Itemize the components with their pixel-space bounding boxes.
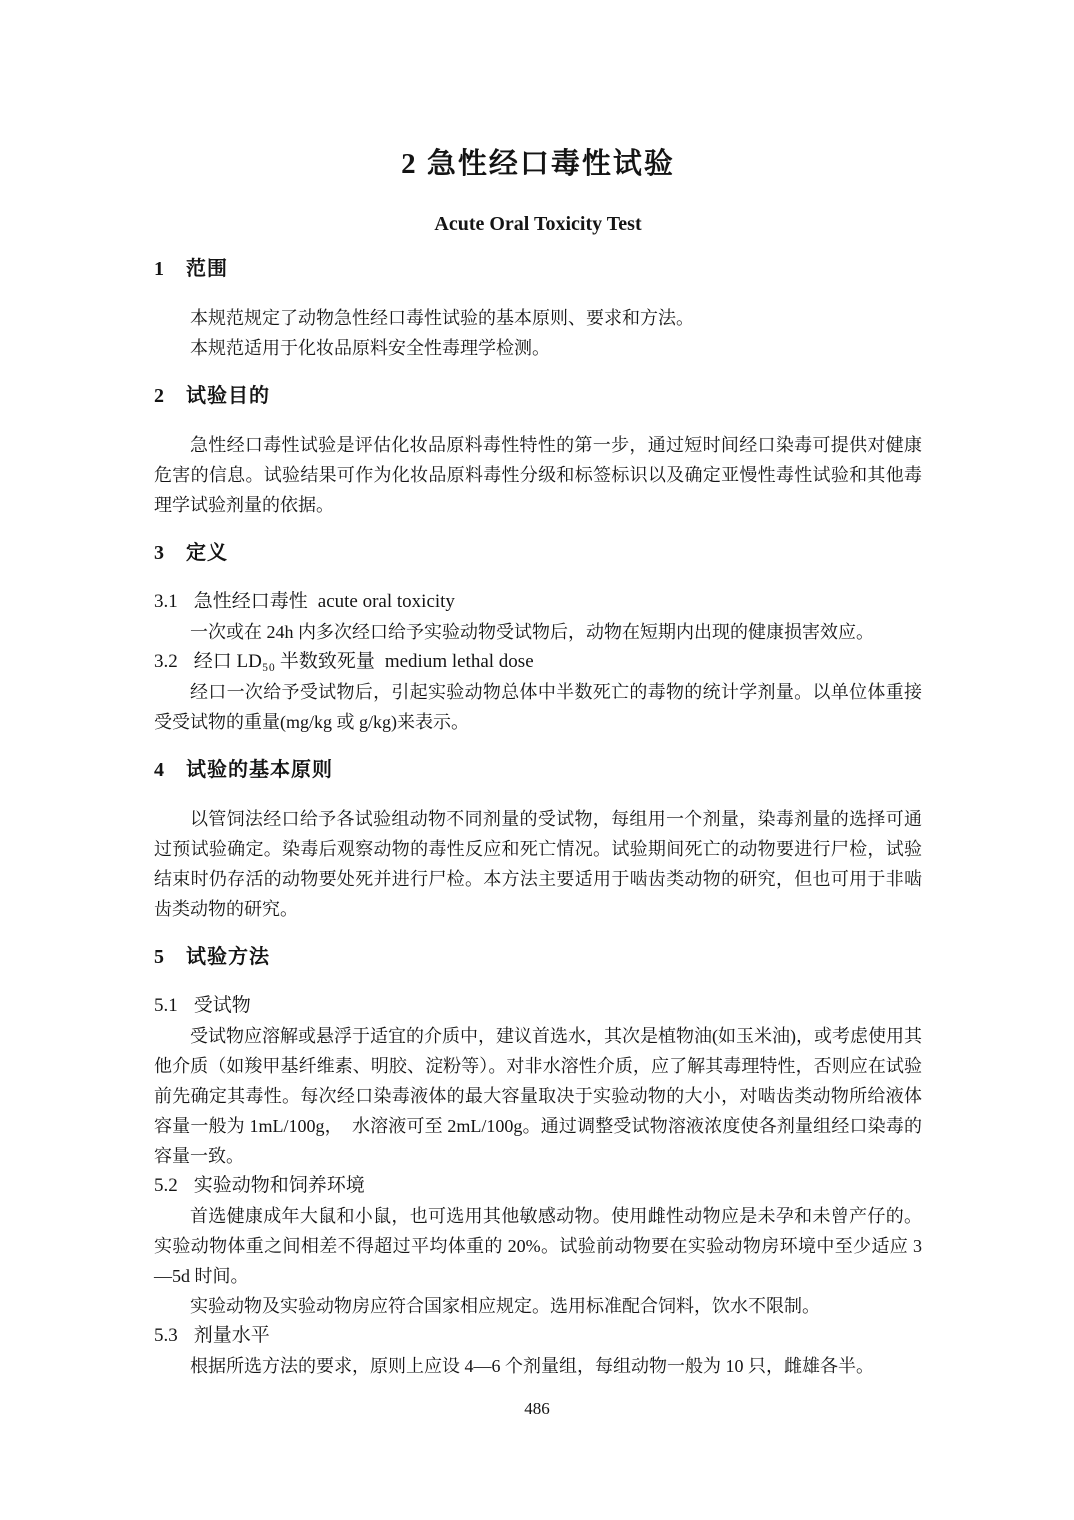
section-title: 定义: [186, 542, 228, 564]
section-heading: 5试验方法: [154, 944, 922, 971]
section-number: 1: [154, 258, 164, 280]
section-title: 试验方法: [186, 946, 270, 968]
paragraph: 根据所选方法的要求，原则上应设 4—6 个剂量组，每组动物一般为 10 只，雌雄…: [154, 1351, 922, 1381]
paragraph: 首选健康成年大鼠和小鼠，也可选用其他敏感动物。使用雌性动物应是未孕和未曾产仔的。…: [154, 1201, 922, 1291]
subsection-heading: 5.1受试物: [154, 991, 922, 1021]
section-title: 试验的基本原则: [186, 759, 333, 781]
subsection-number: 5.3: [154, 1325, 178, 1346]
subsection-title: 实验动物和饲养环境: [194, 1175, 365, 1196]
subsection-heading: 3.1急性经口毒性acute oral toxicity: [154, 587, 922, 617]
subsection-title: 受试物: [194, 995, 251, 1016]
subsection-heading: 5.2实验动物和饲养环境: [154, 1171, 922, 1201]
paragraph: 本规范规定了动物急性经口毒性试验的基本原则、要求和方法。: [154, 303, 922, 333]
section-number: 5: [154, 946, 164, 968]
subsection-heading: 3.2经口 LD₅₀ 半数致死量medium lethal dose: [154, 647, 922, 677]
paragraph: 实验动物及实验动物房应符合国家相应规定。选用标准配合饲料，饮水不限制。: [154, 1291, 922, 1321]
subsection-title-english: medium lethal dose: [385, 651, 534, 672]
subsection-title: 急性经口毒性: [194, 591, 308, 612]
subsection-number: 3.2: [154, 651, 178, 672]
section-heading: 1范围: [154, 256, 922, 283]
section-title: 范围: [186, 258, 228, 280]
paragraph: 一次或在 24h 内多次经口给予实验动物受试物后，动物在短期内出现的健康损害效应…: [154, 617, 922, 647]
paragraph: 急性经口毒性试验是评估化妆品原料毒性特性的第一步，通过短时间经口染毒可提供对健康…: [154, 430, 922, 520]
paragraph: 受试物应溶解或悬浮于适宜的介质中，建议首选水，其次是植物油(如玉米油)，或考虑使…: [154, 1021, 922, 1171]
section-heading: 3定义: [154, 540, 922, 567]
paragraph: 以管饲法经口给予各试验组动物不同剂量的受试物，每组用一个剂量，染毒剂量的选择可通…: [154, 804, 922, 924]
section-number: 4: [154, 759, 164, 781]
paragraph: 经口一次给予受试物后，引起实验动物总体中半数死亡的毒物的统计学剂量。以单位体重接…: [154, 677, 922, 737]
paragraph: 本规范适用于化妆品原料安全性毒理学检测。: [154, 333, 922, 363]
page-subtitle: Acute Oral Toxicity Test: [154, 212, 922, 236]
subsection-number: 5.1: [154, 995, 178, 1016]
document-body: 1范围本规范规定了动物急性经口毒性试验的基本原则、要求和方法。本规范适用于化妆品…: [154, 256, 922, 1381]
document-content: 2 急性经口毒性试验 Acute Oral Toxicity Test 1范围本…: [0, 0, 1074, 1381]
subsection-number: 3.1: [154, 591, 178, 612]
subsection-title: 剂量水平: [194, 1325, 270, 1346]
section-heading: 4试验的基本原则: [154, 757, 922, 784]
subsection-number: 5.2: [154, 1175, 178, 1196]
subsection-title-english: acute oral toxicity: [318, 591, 455, 612]
section-heading: 2试验目的: [154, 383, 922, 410]
section-title: 试验目的: [186, 385, 270, 407]
subsection-heading: 5.3剂量水平: [154, 1321, 922, 1351]
page-number: 486: [0, 1398, 1074, 1420]
section-number: 3: [154, 542, 164, 564]
page: 2 急性经口毒性试验 Acute Oral Toxicity Test 1范围本…: [0, 0, 1074, 1520]
section-number: 2: [154, 385, 164, 407]
subsection-title: 经口 LD₅₀ 半数致死量: [194, 651, 375, 672]
page-title: 2 急性经口毒性试验: [154, 146, 922, 182]
